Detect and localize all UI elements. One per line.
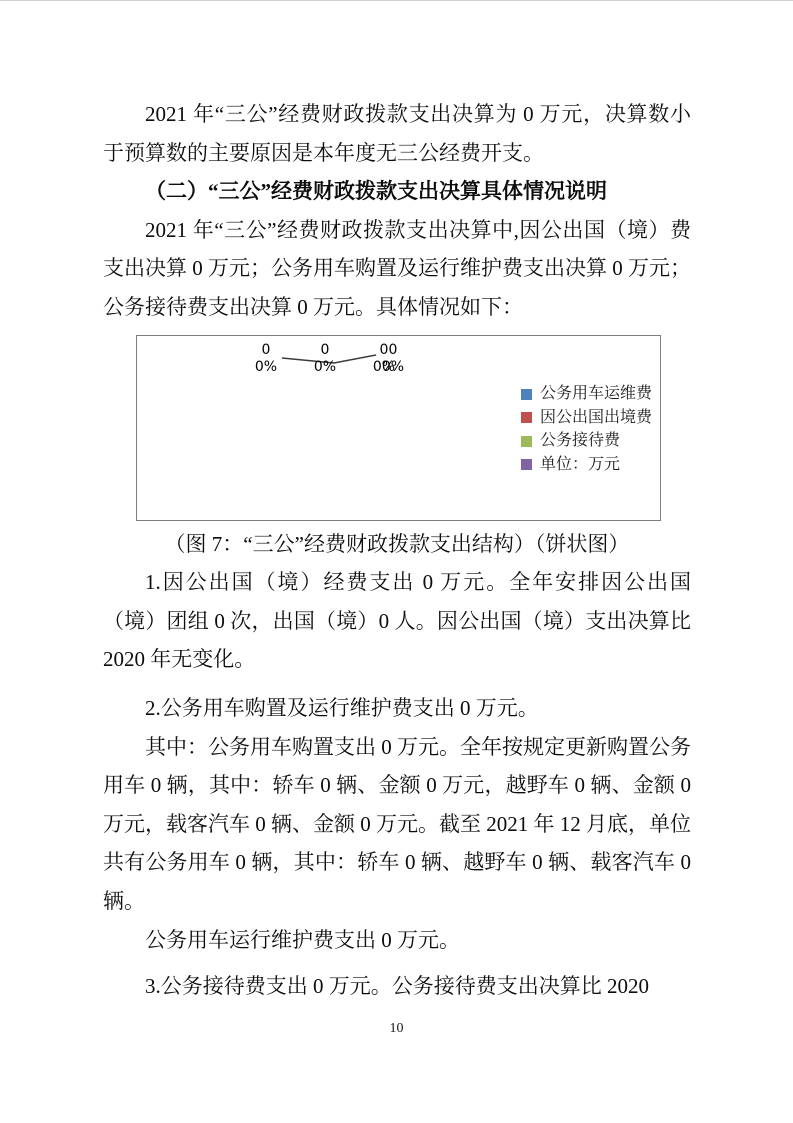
pie-label-percent: 0% — [255, 359, 277, 376]
page-number: 10 — [0, 1021, 793, 1037]
document-body: 2021 年“三公”经费财政拨款支出决算为 0 万元，决算数小于预算数的主要原因… — [103, 95, 691, 1006]
pie-data-label: 0 0% — [314, 342, 336, 376]
paragraph-vehicle-expense: 2.公务用车购置及运行维护费支出 0 万元。 — [103, 689, 691, 728]
legend-label: 单位：万元 — [540, 446, 620, 485]
legend-swatch-green — [521, 436, 532, 447]
paragraph-vehicle-maintenance: 公务用车运行维护费支出 0 万元。 — [103, 921, 691, 960]
paragraph-abroad-expense: 1.因公出国（境）经费支出 0 万元。全年安排因公出国（境）团组 0 次，出国（… — [103, 563, 691, 679]
paragraph-reception-expense: 3.公务接待费支出 0 万元。公务接待费支出决算比 2020 — [103, 967, 691, 1006]
paragraph-vehicle-detail: 其中：公务用车购置支出 0 万元。全年按规定更新购置公务用车 0 辆，其中：轿车… — [103, 728, 691, 921]
pie-chart-figure: 0 0% 0 0% 0 0% 0 0% 公务用车运维费 — [136, 335, 661, 521]
section-heading: （二）“三公”经费财政拨款支出决算具体情况说明 — [103, 172, 691, 211]
legend-item-unit: 单位：万元 — [521, 453, 652, 477]
pie-label-value: 0 — [314, 342, 336, 359]
legend-swatch-blue — [521, 389, 532, 400]
pie-data-label: 0 0% — [255, 342, 277, 376]
document-page: 2021 年“三公”经费财政拨款支出决算为 0 万元，决算数小于预算数的主要原因… — [0, 0, 793, 1123]
paragraph-expense-breakdown: 2021 年“三公”经费财政拨款支出决算中,因公出国（境）费支出决算 0 万元；… — [103, 211, 691, 327]
pie-label-percent: 0% — [314, 359, 336, 376]
legend-swatch-red — [521, 412, 532, 423]
paragraph-budget-summary: 2021 年“三公”经费财政拨款支出决算为 0 万元，决算数小于预算数的主要原因… — [103, 95, 691, 172]
figure-caption: （图 7：“三公”经费财政拨款支出结构）（饼状图） — [103, 525, 691, 564]
pie-label-percent: 0% — [382, 359, 404, 376]
pie-label-value: 0 — [255, 342, 277, 359]
legend-swatch-purple — [521, 459, 532, 470]
pie-label-value: 0 — [382, 342, 404, 359]
chart-legend: 公务用车运维费 因公出国出境费 公务接待费 单位：万元 — [521, 383, 652, 477]
pie-data-label: 0 0% — [382, 342, 404, 376]
